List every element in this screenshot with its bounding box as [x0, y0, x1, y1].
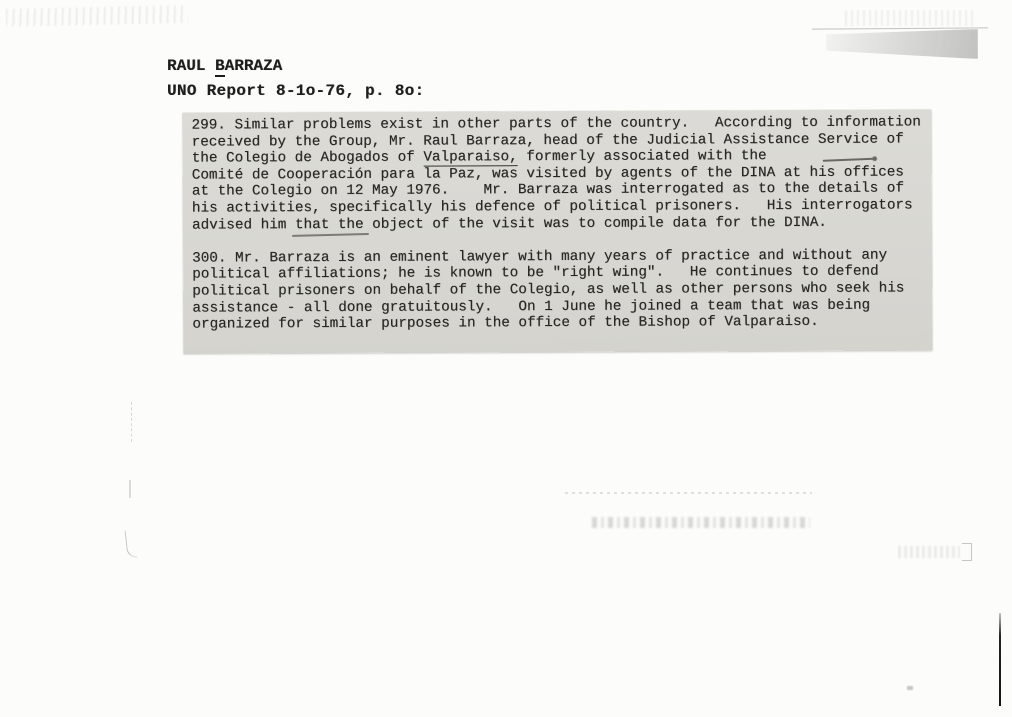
paragraph-300: 300. Mr. Barraza is an eminent lawyer wi… [192, 247, 932, 333]
text-line: organized for similar purposes in the of… [192, 313, 932, 333]
document-title: RAUL BARRAZA [167, 57, 424, 75]
text-segment: formerly associated with the [518, 148, 767, 165]
title-part: ARRAZA [225, 57, 283, 75]
scanned-page: RAUL BARRAZA UNO Report 8-1o-76, p. 8o: … [0, 0, 1012, 717]
text-segment: the Colegio de Abogados of [192, 150, 424, 167]
document-header: RAUL BARRAZA UNO Report 8-1o-76, p. 8o: [167, 57, 424, 100]
scan-noise-top-right [845, 10, 975, 26]
text-segment: object of the visit was to compile data … [364, 214, 827, 232]
scan-noise-right [898, 546, 960, 558]
margin-bracket-mark [125, 530, 138, 559]
paragraph-299: 299. Similar problems exist in other par… [191, 114, 931, 233]
pencil-underlined-text: that the [295, 216, 364, 232]
margin-dash-mark [129, 480, 131, 498]
faint-bracket-mark [962, 543, 972, 561]
text-segment: advised him [192, 217, 295, 233]
underlined-text-valparaiso: Valparaiso, [423, 149, 517, 166]
source-reference: UNO Report 8-1o-76, p. 8o: [167, 82, 424, 100]
faint-dotted-line [565, 492, 812, 494]
bleed-through-marks [592, 517, 810, 528]
page-corner-shadow [826, 29, 978, 59]
text-line: advised him that the object of the visit… [192, 214, 932, 234]
pasted-clipping: 299. Similar problems exist in other par… [182, 109, 932, 353]
pencil-scribble-marks [6, 5, 188, 27]
page-edge-dark-line [999, 613, 1001, 706]
text-line: received by the Group, Mr. Raul Barraza,… [192, 131, 932, 151]
underlined-initial: B [215, 57, 225, 77]
scan-speck [907, 686, 913, 690]
title-part: RAUL [167, 57, 215, 75]
page-edge-line [812, 27, 988, 29]
text-line: assistance - all done gratuitously. On 1… [192, 297, 932, 317]
margin-dash-mark [131, 402, 133, 442]
